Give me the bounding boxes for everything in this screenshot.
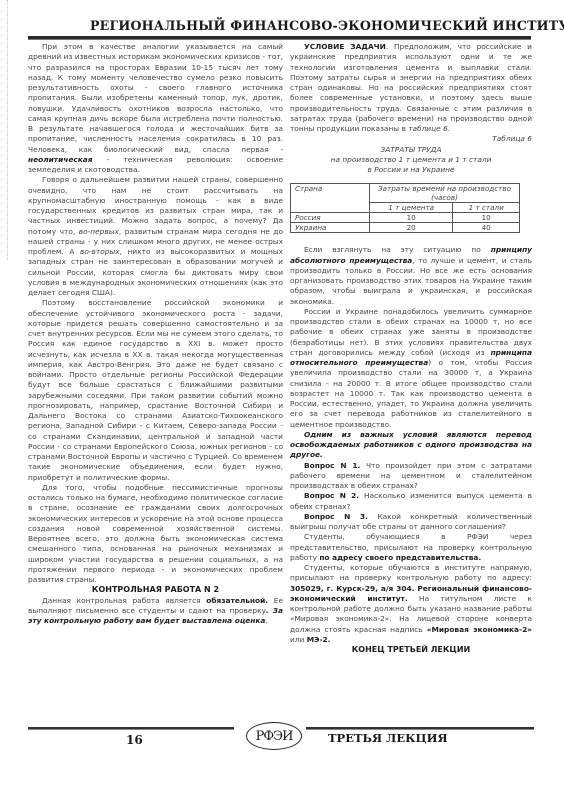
- section-heading-test-2: КОНТРОЛЬНАЯ РАБОТА N 2: [28, 585, 283, 595]
- paragraph-absolute-advantage: Если взглянуть на эту ситуацию по принци…: [290, 245, 532, 307]
- footer-rule-left: [28, 727, 234, 730]
- table-row: Россия 10 10: [291, 213, 520, 223]
- question-1: Вопрос N 1. Что произойдет при этом с за…: [290, 461, 532, 492]
- paragraph-students-direct: Студенты, которые обучаются в институте …: [290, 563, 532, 645]
- paragraph-test-info: Данная контрольная работа является обяза…: [28, 596, 283, 627]
- institute-logo-icon: РФЭИ: [246, 722, 302, 750]
- left-column: При этом в качестве аналогии указывается…: [28, 42, 283, 626]
- paragraph-key-condition: Одним из важных условий являются перевод…: [290, 430, 532, 461]
- scan-margin-line: [7, 0, 9, 260]
- table-row: Украина 20 40: [291, 223, 520, 233]
- table-header-time: Затраты времени на производство (часов): [370, 184, 520, 203]
- table-header-steel: 1 т стали: [453, 203, 520, 213]
- end-of-lecture-heading: КОНЕЦ ТРЕТЬЕЙ ЛЕКЦИИ: [290, 645, 532, 655]
- running-footer-title: ТРЕТЬЯ ЛЕКЦИЯ: [328, 731, 448, 745]
- table-label: Таблица 6: [290, 134, 532, 144]
- paragraph-relative-advantage: России и Украине понадобилось увеличить …: [290, 307, 532, 430]
- table-header-cement: 1 т цемента: [370, 203, 453, 213]
- paragraph-consensus: Для того, чтобы подобные пессимистичные …: [28, 483, 283, 586]
- header-rule: [28, 36, 531, 40]
- labor-cost-table: Страна Затраты времени на производство (…: [290, 183, 520, 233]
- question-3: Вопрос N 3. Какой конкретный количествен…: [290, 512, 532, 533]
- footer-rule-right: [306, 727, 534, 730]
- paragraph-recovery: Поэтому восстановление российской эконом…: [28, 298, 283, 483]
- page-number: 16: [126, 733, 143, 747]
- right-column: УСЛОВИЕ ЗАДАЧИ. Предположим, что российс…: [290, 42, 532, 655]
- running-header-title: РЕГИОНАЛЬНЫЙ ФИНАНСОВО-ЭКОНОМИЧЕСКИЙ ИНС…: [90, 18, 530, 33]
- task-condition-heading: УСЛОВИЕ ЗАДАЧИ: [304, 42, 386, 51]
- paragraph-neolithic: При этом в качестве аналогии указывается…: [28, 42, 283, 175]
- table-subtitle: на производство 1 т цемента и 1 т стали: [290, 155, 532, 165]
- table-subtitle: в России и на Украине: [290, 165, 532, 175]
- paragraph-students-branch: Студенты, обучающиеся в РФЭИ через предс…: [290, 532, 532, 563]
- emphasis-neolithic: неолитическая: [28, 155, 92, 164]
- question-2: Вопрос N 2. Насколько изменится выпуск ц…: [290, 491, 532, 512]
- paragraph-task-condition: УСЛОВИЕ ЗАДАЧИ. Предположим, что российс…: [290, 42, 532, 134]
- table-header-country: Страна: [291, 184, 370, 213]
- table-title: ЗАТРАТЫ ТРУДА: [290, 145, 532, 155]
- paragraph-foreign-aid: Говоря о дальнейшем развитии нашей стран…: [28, 175, 283, 298]
